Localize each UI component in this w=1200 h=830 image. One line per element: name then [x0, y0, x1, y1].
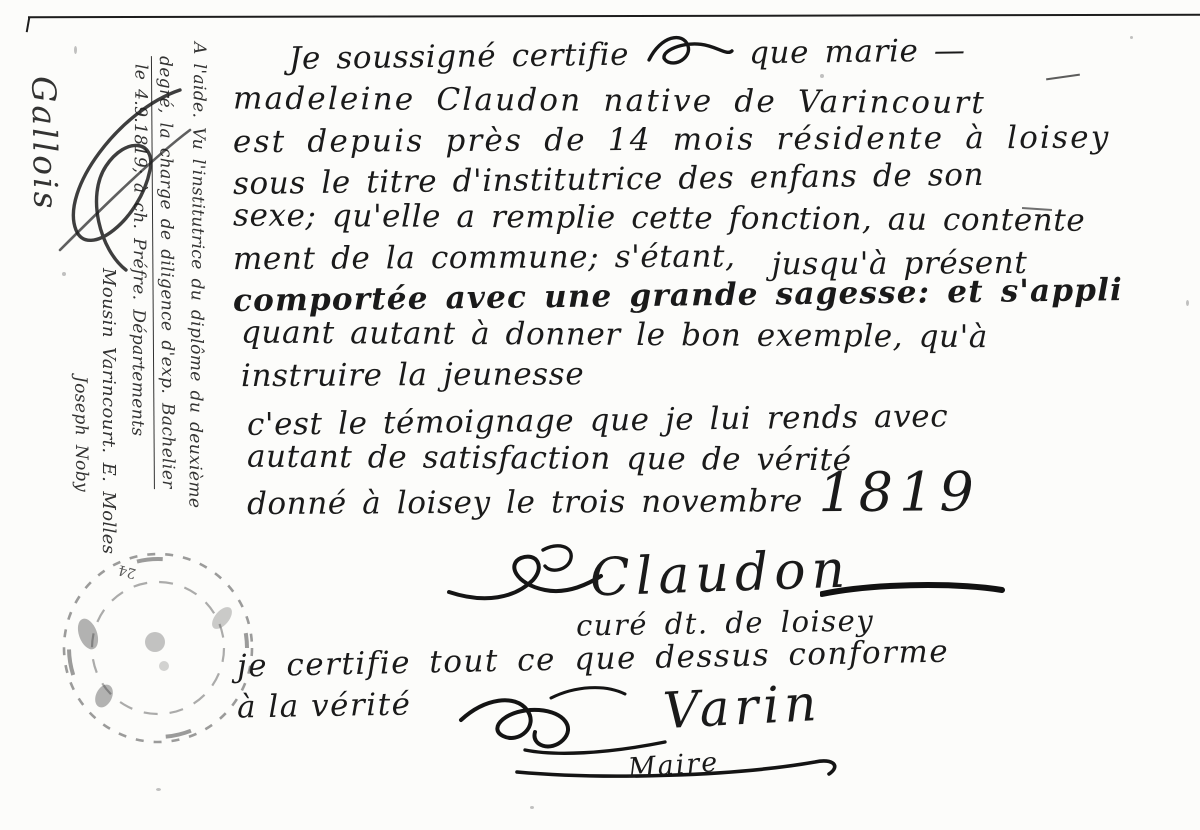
- scanned-document-page: Je soussigné certifie que marie — madele…: [0, 0, 1200, 830]
- noise-speck: [156, 788, 161, 791]
- noise-speck: [530, 806, 534, 809]
- text-line-2: madeleine Claudon native de Varincourt: [233, 79, 1053, 123]
- noise-speck: [1186, 300, 1189, 306]
- noise-speck: [820, 74, 824, 78]
- noise-speck: [74, 46, 77, 54]
- ink-paraph-flourish: [643, 29, 736, 82]
- date-line-text: donné à loisey le trois novembre: [247, 483, 803, 522]
- margin-signature-flourish: [30, 70, 210, 340]
- text-line-8: quant autant à donner le bon exemple, qu…: [233, 313, 1053, 357]
- text-line-12: donné à loisey le trois novembre 1819: [233, 477, 1053, 524]
- circular-ink-stamp: 24: [52, 538, 264, 756]
- varin-signature-name: Varin: [662, 674, 823, 740]
- year-1819: 1819: [818, 460, 980, 524]
- stamp-number: 24: [116, 561, 137, 581]
- line1-suffix: que marie —: [749, 33, 966, 72]
- certificate-body-text: Je soussigné certifie que marie — madele…: [233, 30, 1053, 522]
- claudon-signature-name: Claudon: [589, 539, 852, 608]
- text-line-1: Je soussigné certifie que marie —: [233, 25, 1054, 87]
- line1-prefix: Je soussigné certifie: [289, 37, 630, 77]
- text-line-5: sexe; qu'elle a remplie cette fonction, …: [233, 196, 1053, 240]
- text-line-9: instruire la jeunesse: [233, 353, 1053, 396]
- noise-speck: [62, 272, 66, 276]
- varin-title-maire: Maire: [627, 747, 720, 784]
- scan-top-edge-line: [28, 14, 1200, 18]
- noise-speck: [1130, 36, 1133, 39]
- line6-prefix: ment de la commune; s'étant,: [233, 239, 736, 278]
